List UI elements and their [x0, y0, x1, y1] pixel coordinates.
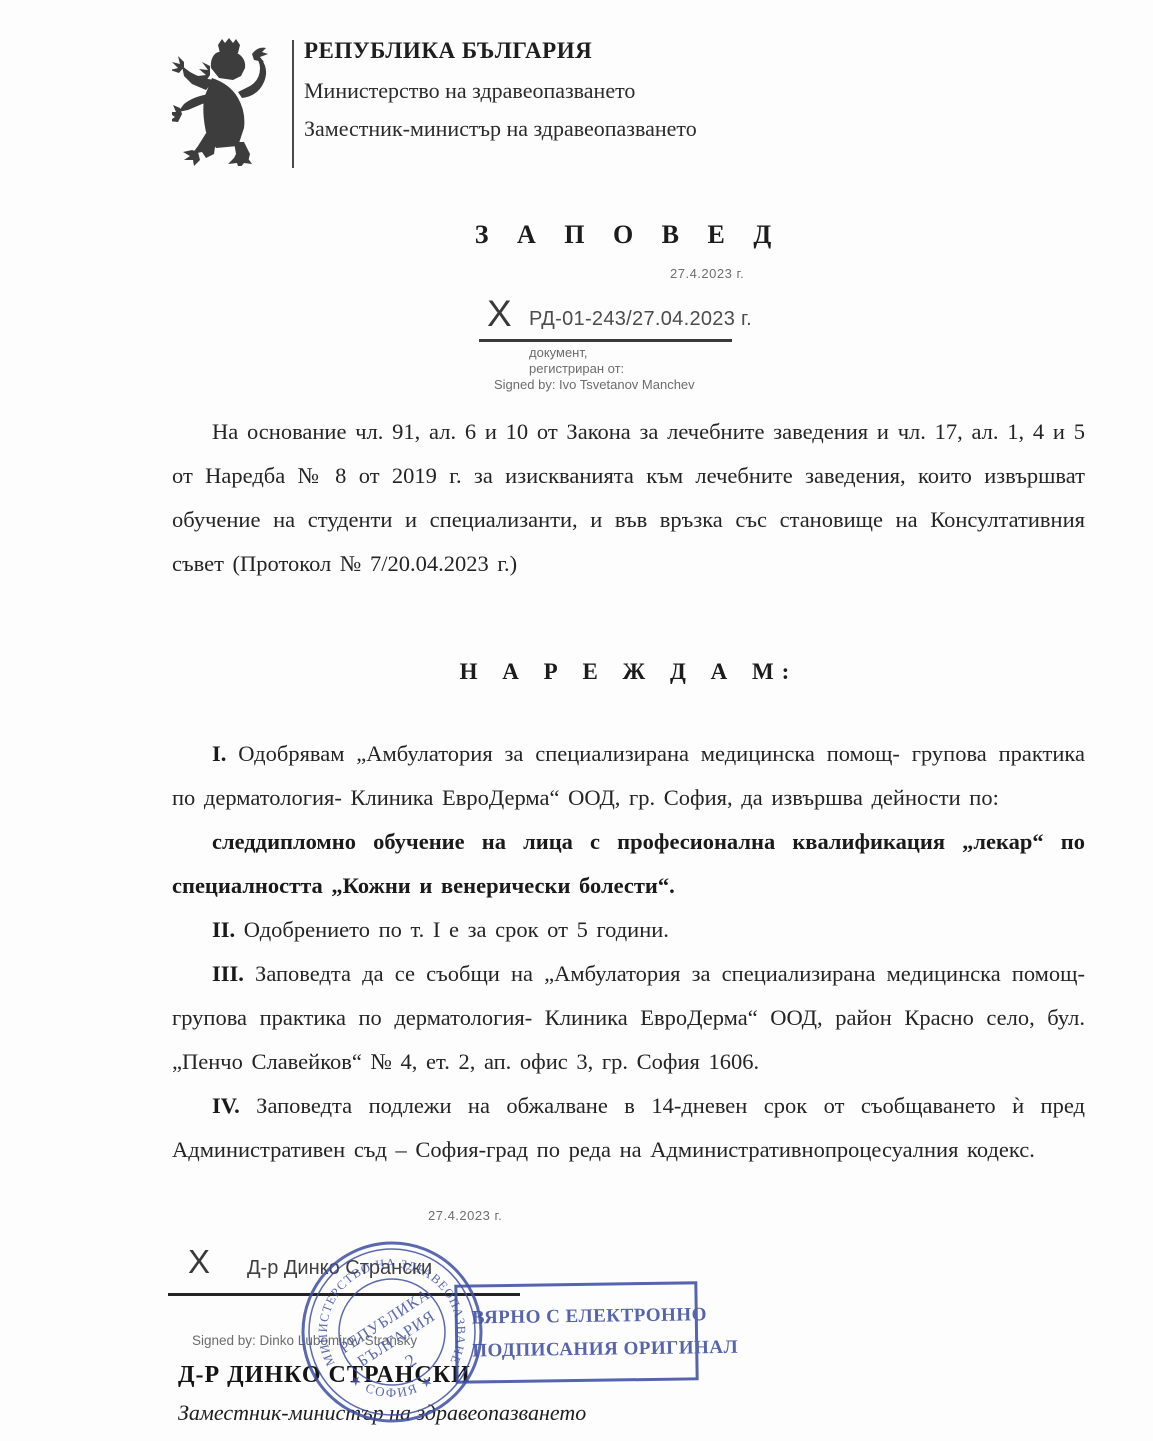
esign-x-mark-bottom: X	[188, 1243, 210, 1281]
preamble-paragraph: На основание чл. 91, ал. 6 и 10 от Закон…	[172, 410, 1085, 586]
item-iii-label: III.	[212, 961, 244, 986]
certification-stamp-line1: ВЯРНО С ЕЛЕКТРОННО	[472, 1298, 695, 1334]
title-wrap: З А П О В Е Д	[172, 220, 1085, 250]
item-iv-text: Заповедта подлежи на обжалване в 14-днев…	[172, 1093, 1085, 1162]
registration-number: РД-01-243/27.04.2023 г.	[529, 308, 752, 331]
esign-sub-label-2: регистриран от:	[529, 361, 624, 376]
item-i-paragraph: I. Одобрявам „Амбулатория за специализир…	[172, 732, 1085, 820]
header-text-block: РЕПУБЛИКА БЪЛГАРИЯ Министерство на здрав…	[304, 38, 697, 154]
header-country: РЕПУБЛИКА БЪЛГАРИЯ	[304, 38, 697, 64]
item-ii-label: II.	[212, 917, 235, 942]
coat-of-arms-lion-icon	[172, 38, 282, 166]
certification-stamp-line2: ПОДПИСАНИЯ ОРИГИНАЛ	[472, 1331, 695, 1367]
item-iii-text: Заповедта да се съобщи на „Амбулатория з…	[172, 961, 1085, 1074]
registration-date: 27.4.2023 г.	[670, 266, 744, 281]
order-heading: Н А Р Е Ж Д А М:	[172, 650, 1085, 694]
item-ii-paragraph: II. Одобрението по т. I е за срок от 5 г…	[172, 908, 1085, 952]
esign-underline-top	[479, 339, 732, 342]
esign-sub-label-1: документ,	[529, 345, 587, 360]
svg-text:★ СОФИЯ ★: ★ СОФИЯ ★	[347, 1371, 437, 1400]
certification-stamp: ВЯРНО С ЕЛЕКТРОННО ПОДПИСАНИЯ ОРИГИНАЛ	[454, 1281, 698, 1383]
header-official: Заместник-министър на здравеопазването	[304, 116, 697, 142]
item-i-label: I.	[212, 741, 226, 766]
item-iv-paragraph: IV. Заповедта подлежи на обжалване в 14-…	[172, 1084, 1085, 1172]
item-i-text: Одобрявам „Амбулатория за специализирана…	[172, 741, 1085, 810]
esign-x-mark-top: X	[487, 293, 512, 335]
document-title: З А П О В Е Д	[475, 220, 783, 249]
document-body: На основание чл. 91, ал. 6 и 10 от Закон…	[172, 410, 1085, 1172]
esign-signed-by-top: Signed by: Ivo Tsvetanov Manchev	[494, 377, 695, 392]
signature-date: 27.4.2023 г.	[428, 1208, 502, 1223]
header-divider	[292, 40, 294, 168]
item-iv-label: IV.	[212, 1093, 240, 1118]
round-stamp-city-text: ★ СОФИЯ ★	[347, 1371, 437, 1400]
round-stamp-center-number: 2	[401, 1350, 419, 1372]
scanned-order-document: РЕПУБЛИКА БЪЛГАРИЯ Министерство на здрав…	[0, 0, 1153, 1441]
item-iii-paragraph: III. Заповедта да се съобщи на „Амбулато…	[172, 952, 1085, 1084]
round-ministry-stamp: МИНИСТЕРСТВО НА ЗДРАВЕОПАЗВАНЕТО ★ СОФИЯ…	[297, 1237, 487, 1427]
header-ministry: Министерство на здравеопазването	[304, 78, 697, 104]
item-i-bold-paragraph: следдипломно обучение на лица с професио…	[172, 820, 1085, 908]
item-ii-text: Одобрението по т. I е за срок от 5 годин…	[235, 917, 669, 942]
